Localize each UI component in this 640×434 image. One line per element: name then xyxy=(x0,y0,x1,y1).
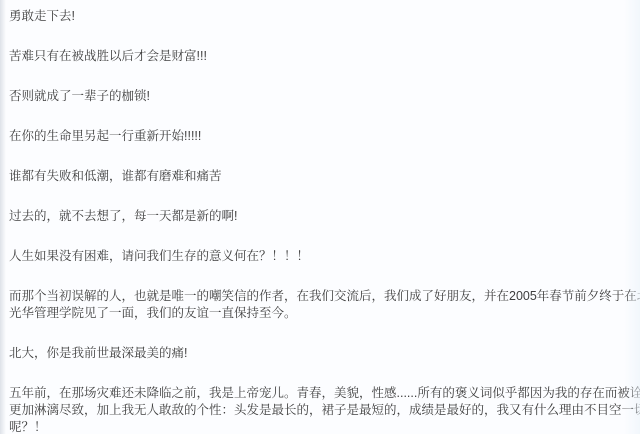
paragraph-line: 谁都有失败和低潮，谁都有磨难和痛苦 xyxy=(9,168,640,185)
paragraph-line: 否则就成了一辈子的枷锁! xyxy=(9,88,640,105)
paragraph-line: 而那个当初误解的人，也就是唯一的嘲笑信的作者，在我们交流后，我们成了好朋友，并在… xyxy=(9,288,640,305)
paragraph-line: 在你的生命里另起一行重新开始!!!!! xyxy=(9,128,640,145)
paragraph: 过去的，就不去想了，每一天都是新的啊! xyxy=(9,208,640,225)
paragraph-line: 更加淋漓尽致，加上我无人敢敌的个性：头发是最长的，裙子是最短的，成绩是最好的，我… xyxy=(9,402,640,419)
paragraph-line: 北大，你是我前世最深最美的痛! xyxy=(9,345,640,362)
page-left-edge-shadow xyxy=(0,0,6,434)
paragraph-line: 五年前，在那场灾难还未降临之前，我是上帝宠儿。青春，美貌，性感......所有的… xyxy=(9,385,640,402)
paragraph: 苦难只有在被战胜以后才会是财富!!! xyxy=(9,48,640,65)
paragraph: 在你的生命里另起一行重新开始!!!!! xyxy=(9,128,640,145)
paragraph: 人生如果没有困难，请问我们生存的意义何在？！！！ xyxy=(9,248,640,265)
paragraph: 谁都有失败和低潮，谁都有磨难和痛苦 xyxy=(9,168,640,185)
paragraph-line: 勇敢走下去! xyxy=(9,8,640,25)
paragraph-line: 过去的，就不去想了，每一天都是新的啊! xyxy=(9,208,640,225)
paragraph: 五年前，在那场灾难还未降临之前，我是上帝宠儿。青春，美貌，性感......所有的… xyxy=(9,385,640,434)
paragraph-line: 人生如果没有困难，请问我们生存的意义何在？！！！ xyxy=(9,248,640,265)
paragraph: 勇敢走下去! xyxy=(9,8,640,25)
paragraph-line: 苦难只有在被战胜以后才会是财富!!! xyxy=(9,48,640,65)
paragraph: 北大，你是我前世最深最美的痛! xyxy=(9,345,640,362)
paragraph-line: 光华管理学院见了一面，我们的友谊一直保持至今。 xyxy=(9,305,640,322)
paragraph-line: 呢？！ xyxy=(9,419,640,434)
paragraph: 而那个当初误解的人，也就是唯一的嘲笑信的作者，在我们交流后，我们成了好朋友，并在… xyxy=(9,288,640,322)
paragraph: 否则就成了一辈子的枷锁! xyxy=(9,88,640,105)
article-page: 勇敢走下去! 苦难只有在被战胜以后才会是财富!!! 否则就成了一辈子的枷锁! 在… xyxy=(0,0,640,434)
